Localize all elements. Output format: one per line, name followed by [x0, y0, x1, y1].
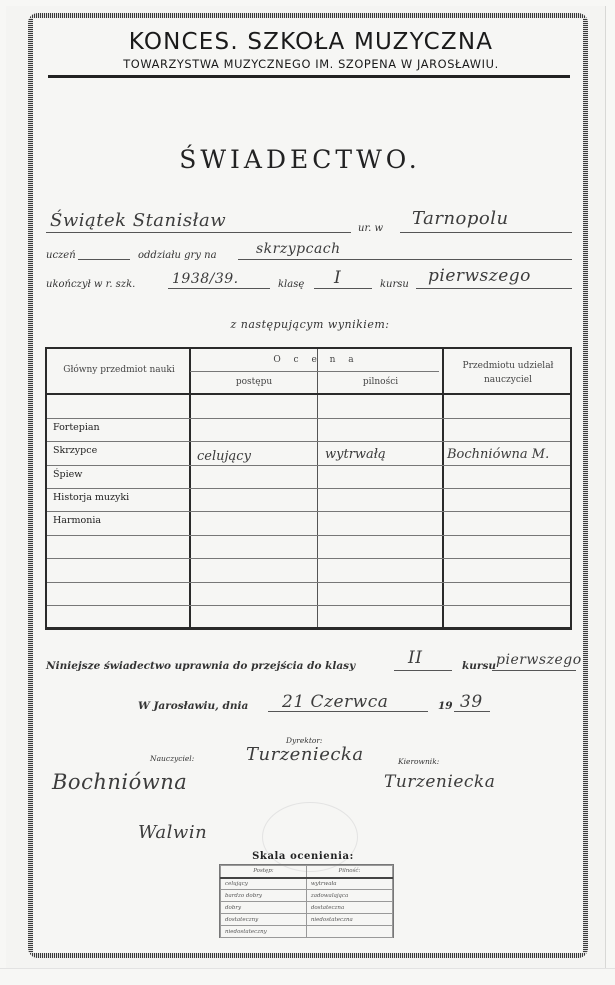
name-blank	[46, 232, 351, 233]
class-label: klasę	[278, 279, 304, 290]
scale-diligence-item: zadowalająca	[306, 890, 392, 902]
subject-skrzypce: Skrzypce	[53, 445, 97, 456]
row-divider	[47, 511, 570, 512]
scale-diligence-item	[306, 926, 392, 938]
promotion-course-label: kursu	[462, 660, 496, 672]
born-place: Tarnopolu	[412, 208, 509, 229]
document-title: ŚWIADECTWO.	[130, 145, 470, 174]
scale-progress-item: niedostateczny	[221, 926, 307, 938]
scale-progress-item: bardzo dobry	[221, 890, 307, 902]
row-divider	[47, 418, 570, 419]
class-value: I	[334, 268, 341, 288]
scale-progress-item: dobry	[221, 902, 307, 914]
result-intro: z następującym wynikiem:	[200, 318, 420, 331]
header-progress: postępu	[191, 377, 317, 387]
scale-header-progress: Postęp:	[221, 866, 307, 878]
date-year: 39	[460, 692, 483, 712]
grading-scale-table: Postęp: Pilność: celujący wytrwała bardz…	[219, 864, 394, 938]
course-blank	[416, 288, 572, 289]
promotion-course-blank	[492, 670, 576, 671]
scale-header-diligence: Pilność:	[306, 866, 392, 878]
teacher-signature-2: Walwin	[138, 822, 207, 843]
subject-spiew: Śpiew	[53, 469, 82, 480]
instrument-value: skrzypcach	[256, 241, 341, 257]
pupil-blank	[78, 259, 130, 260]
header-grade-group: O c e n a	[191, 355, 441, 365]
subject-harmonia: Harmonia	[53, 515, 101, 526]
department-label: oddziału gry na	[138, 250, 217, 261]
row-divider	[47, 582, 570, 583]
header-diligence: pilności	[319, 377, 442, 387]
grade-diligence-skrzypce: wytrwałą	[325, 447, 386, 462]
society-name: TOWARZYSTWA MUZYCZNEGO IM. SZOPENA W JAR…	[46, 57, 576, 71]
date-place-label: W Jarosławiu, dnia	[138, 700, 248, 712]
row-divider	[47, 441, 570, 442]
teacher-label: Nauczyciel:	[150, 754, 194, 763]
grading-scale-title: Skala ocenienia:	[228, 851, 378, 862]
row-divider	[47, 605, 570, 606]
completed-label: ukończył w r. szk.	[46, 279, 135, 290]
date-day-month: 21 Czerwca	[282, 692, 388, 712]
director-signature: Turzeniecka	[246, 744, 364, 765]
scale-diligence-item: dostateczna	[306, 902, 392, 914]
scale-progress-item: dostateczny	[221, 914, 307, 926]
header-divider	[47, 393, 570, 395]
header-divider	[48, 75, 570, 78]
grades-table: Główny przedmiot nauki O c e n a postępu…	[45, 347, 572, 630]
grade-progress-skrzypce: celujący	[197, 449, 251, 464]
head-signature: Turzeniecka	[384, 772, 495, 792]
class-blank	[314, 288, 372, 289]
instrument-blank	[238, 259, 572, 260]
subject-historja: Historja muzyki	[53, 492, 129, 503]
subject-fortepian: Fortepian	[53, 422, 100, 433]
teacher-signature: Bochniówna	[52, 770, 187, 794]
promotion-class-blank	[394, 670, 452, 671]
teacher-skrzypce: Bochniówna M.	[447, 447, 549, 462]
school-year-blank	[168, 288, 270, 289]
course-value: pierwszego	[428, 266, 531, 286]
page-edge	[0, 968, 615, 969]
pupil-label: uczeń	[46, 250, 76, 261]
head-label: Kierownik:	[398, 757, 439, 766]
row-divider	[47, 465, 570, 466]
date-century: 19	[438, 700, 453, 712]
row-divider	[47, 558, 570, 559]
promotion-text: Niniejsze świadectwo uprawnia do przejśc…	[46, 660, 355, 672]
scale-diligence-item: niedostateczna	[306, 914, 392, 926]
school-name: KONCES. SZKOŁA MUZYCZNA	[46, 29, 576, 55]
header-teacher: Przedmiotu udzielał nauczyciel	[451, 359, 565, 387]
row-divider	[47, 488, 570, 489]
born-label: ur. w	[358, 223, 383, 234]
header-subdivider	[190, 371, 439, 372]
header-subject: Główny przedmiot nauki	[49, 365, 189, 375]
course-label: kursu	[380, 279, 409, 290]
born-place-blank	[400, 232, 572, 233]
promotion-class: II	[408, 648, 422, 668]
student-name: Świątek Stanisław	[50, 210, 226, 231]
row-divider	[47, 535, 570, 536]
promotion-course: pierwszego	[496, 652, 582, 668]
scale-diligence-item: wytrwała	[306, 878, 392, 890]
scale-progress-item: celujący	[221, 878, 307, 890]
school-year: 1938/39.	[172, 271, 239, 287]
